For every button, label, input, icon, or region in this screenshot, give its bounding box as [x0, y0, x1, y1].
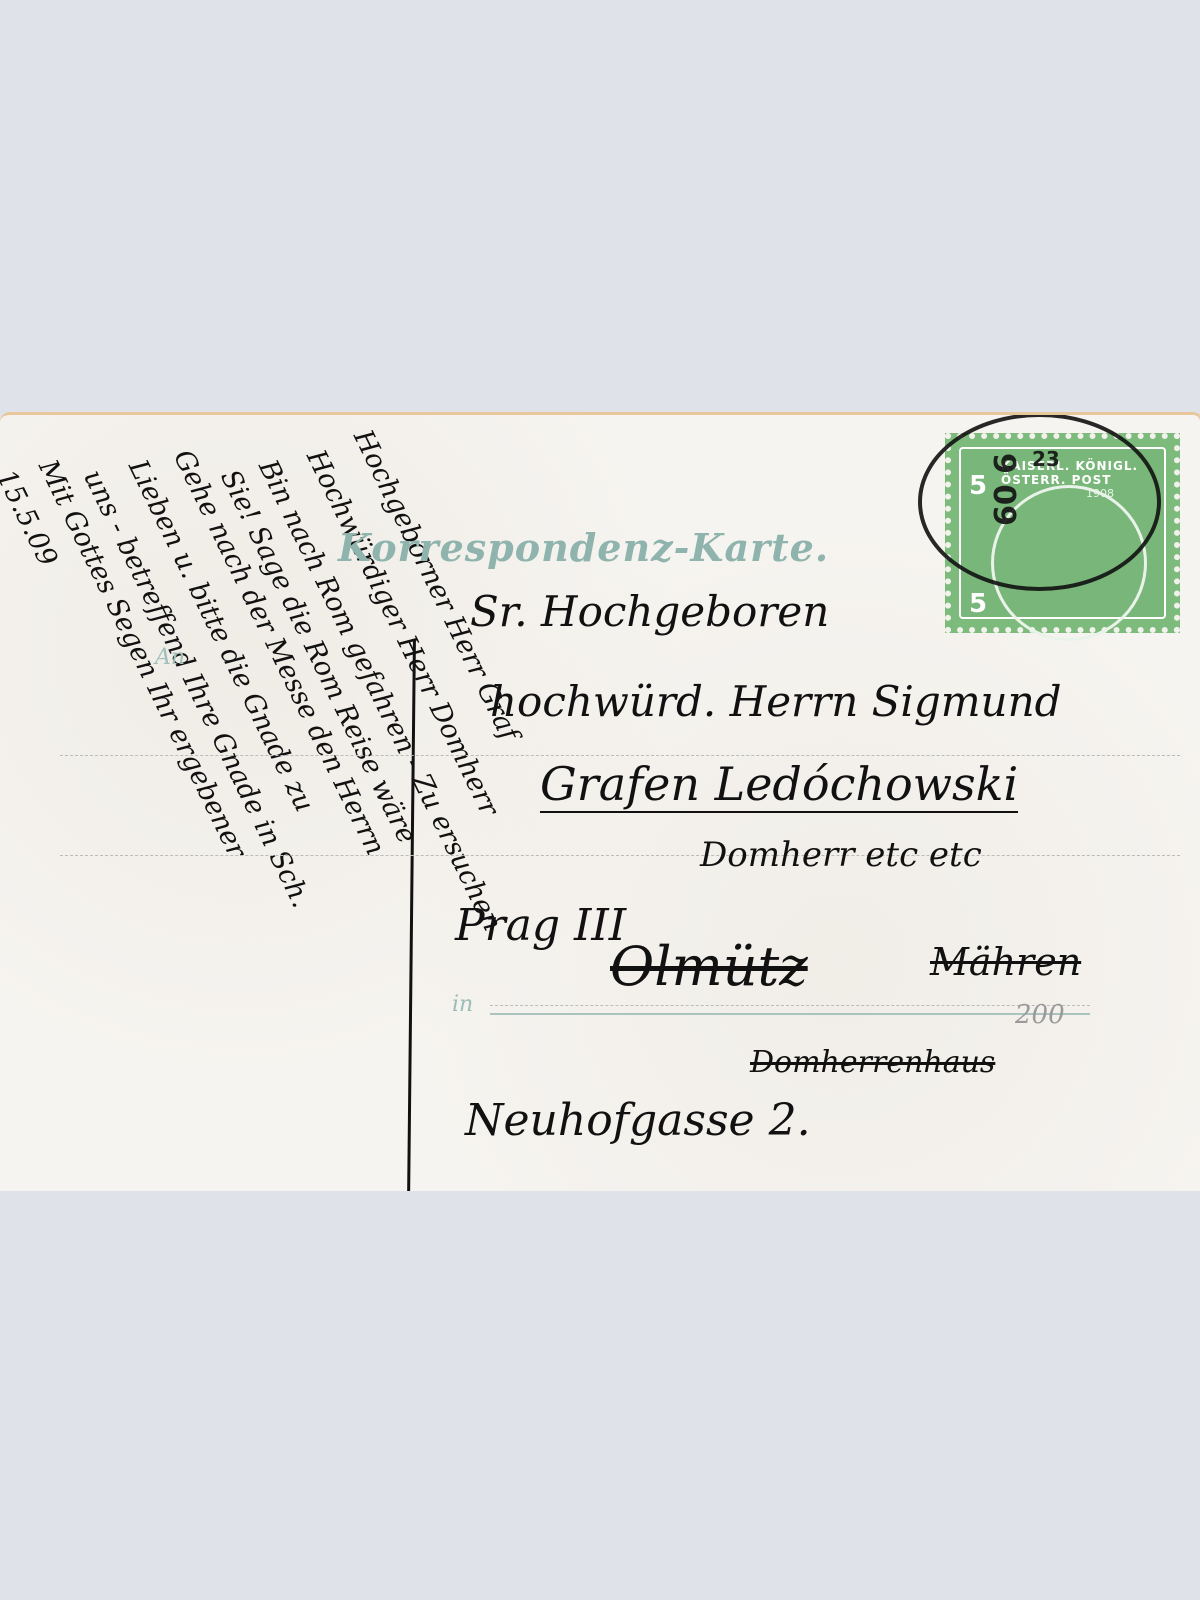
address-city-struck: Olmütz: [610, 935, 808, 998]
address-line-4: Domherr etc etc: [700, 835, 982, 875]
pencil-note: 200: [1015, 1000, 1065, 1030]
address-region: Mähren: [930, 940, 1081, 984]
address-line-2-text: hochwürd. Herrn Sigmund: [490, 677, 1062, 726]
printed-an-label: An: [155, 645, 185, 670]
address-dotted-line: [60, 855, 1180, 856]
address-street: Neuhofgasse 2.: [465, 1095, 811, 1146]
stamp-value-bottom: 5: [969, 589, 987, 619]
printed-title: Korrespondenz-Karte.: [338, 525, 829, 570]
address-line-2: hochwürd. Herrn Sigmund: [490, 677, 1062, 726]
address-line-3: Grafen Ledóchowski: [540, 757, 1018, 813]
address-dotted-line: [490, 1005, 1090, 1006]
address-line-1: Sr. Hochgeboren: [470, 587, 829, 636]
address-city-new: Prag III: [455, 900, 626, 951]
postmark-date: 23: [1032, 447, 1060, 471]
postmark-digits: 9 09: [986, 453, 1021, 526]
printed-in-line: [490, 1013, 1090, 1015]
printed-in-label: in: [452, 992, 473, 1017]
address-dotted-line: [60, 755, 1180, 756]
address-line-struck: Domherrenhaus: [750, 1045, 995, 1080]
postcard: Hochgeborner Herr Graf Hochwürdiger Herr…: [0, 412, 1200, 1191]
postmark-cancel: 9 09 23: [918, 413, 1161, 591]
